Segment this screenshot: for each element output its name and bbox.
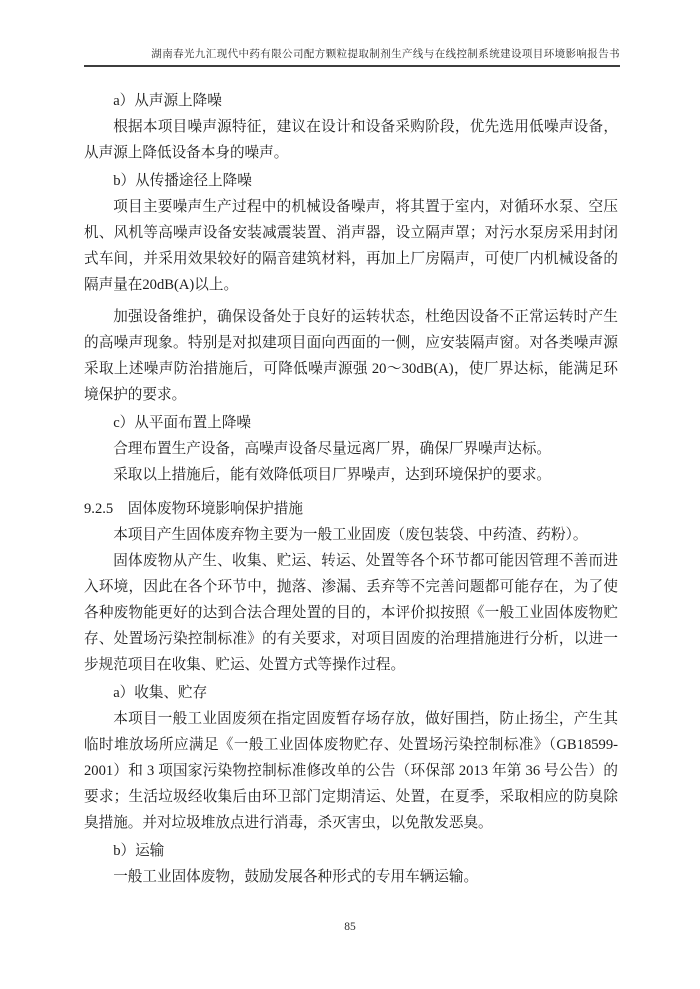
paragraph: 固体废物从产生、收集、贮运、转运、处置等各个环节都可能因管理不善而进入环境，因此… <box>84 548 618 678</box>
paragraph: 本项目一般工业固废须在指定固废暂存场存放，做好围挡，防止扬尘，产生其临时堆放场所… <box>84 706 618 836</box>
document-body: a）从声源上降噪根据本项目噪声源特征，建议在设计和设备采购阶段，优先选用低噪声设… <box>84 86 618 890</box>
page-number: 85 <box>344 921 356 933</box>
paragraph: 本项目产生固体废弃物主要为一般工业固废（废包装袋、中药渣、药粉）。 <box>84 522 618 548</box>
sub-heading: b）从传播途径上降噪 <box>84 168 618 194</box>
paragraph: 根据本项目噪声源特征，建议在设计和设备采购阶段，优先选用低噪声设备，从声源上降低… <box>84 114 618 166</box>
header-title: 湖南春光九汇现代中药有限公司配方颗粒提取制剂生产线与在线控制系统建设项目环境影响… <box>84 48 620 65</box>
page-header: 湖南春光九汇现代中药有限公司配方颗粒提取制剂生产线与在线控制系统建设项目环境影响… <box>84 48 620 67</box>
sub-heading: c）从平面布置上降噪 <box>84 410 618 436</box>
section-heading: 9.2.5 固体废物环境影响保护措施 <box>84 496 618 522</box>
document-page: 湖南春光九汇现代中药有限公司配方颗粒提取制剂生产线与在线控制系统建设项目环境影响… <box>0 0 700 989</box>
paragraph: 一般工业固体废物，鼓励发展各种形式的专用车辆运输。 <box>84 864 618 890</box>
paragraph: 项目主要噪声生产过程中的机械设备噪声，将其置于室内，对循环水泵、空压机、风机等高… <box>84 194 618 298</box>
paragraph: 采取以上措施后，能有效降低项目厂界噪声，达到环境保护的要求。 <box>84 462 618 488</box>
page-footer: 85 <box>0 921 700 933</box>
sub-heading: a）收集、贮存 <box>84 680 618 706</box>
header-rule <box>84 65 620 67</box>
paragraph: 加强设备维护，确保设备处于良好的运转状态，杜绝因设备不正常运转时产生的高噪声现象… <box>84 304 618 408</box>
paragraph: 合理布置生产设备，高噪声设备尽量远离厂界，确保厂界噪声达标。 <box>84 436 618 462</box>
sub-heading: b）运输 <box>84 838 618 864</box>
sub-heading: a）从声源上降噪 <box>84 88 618 114</box>
